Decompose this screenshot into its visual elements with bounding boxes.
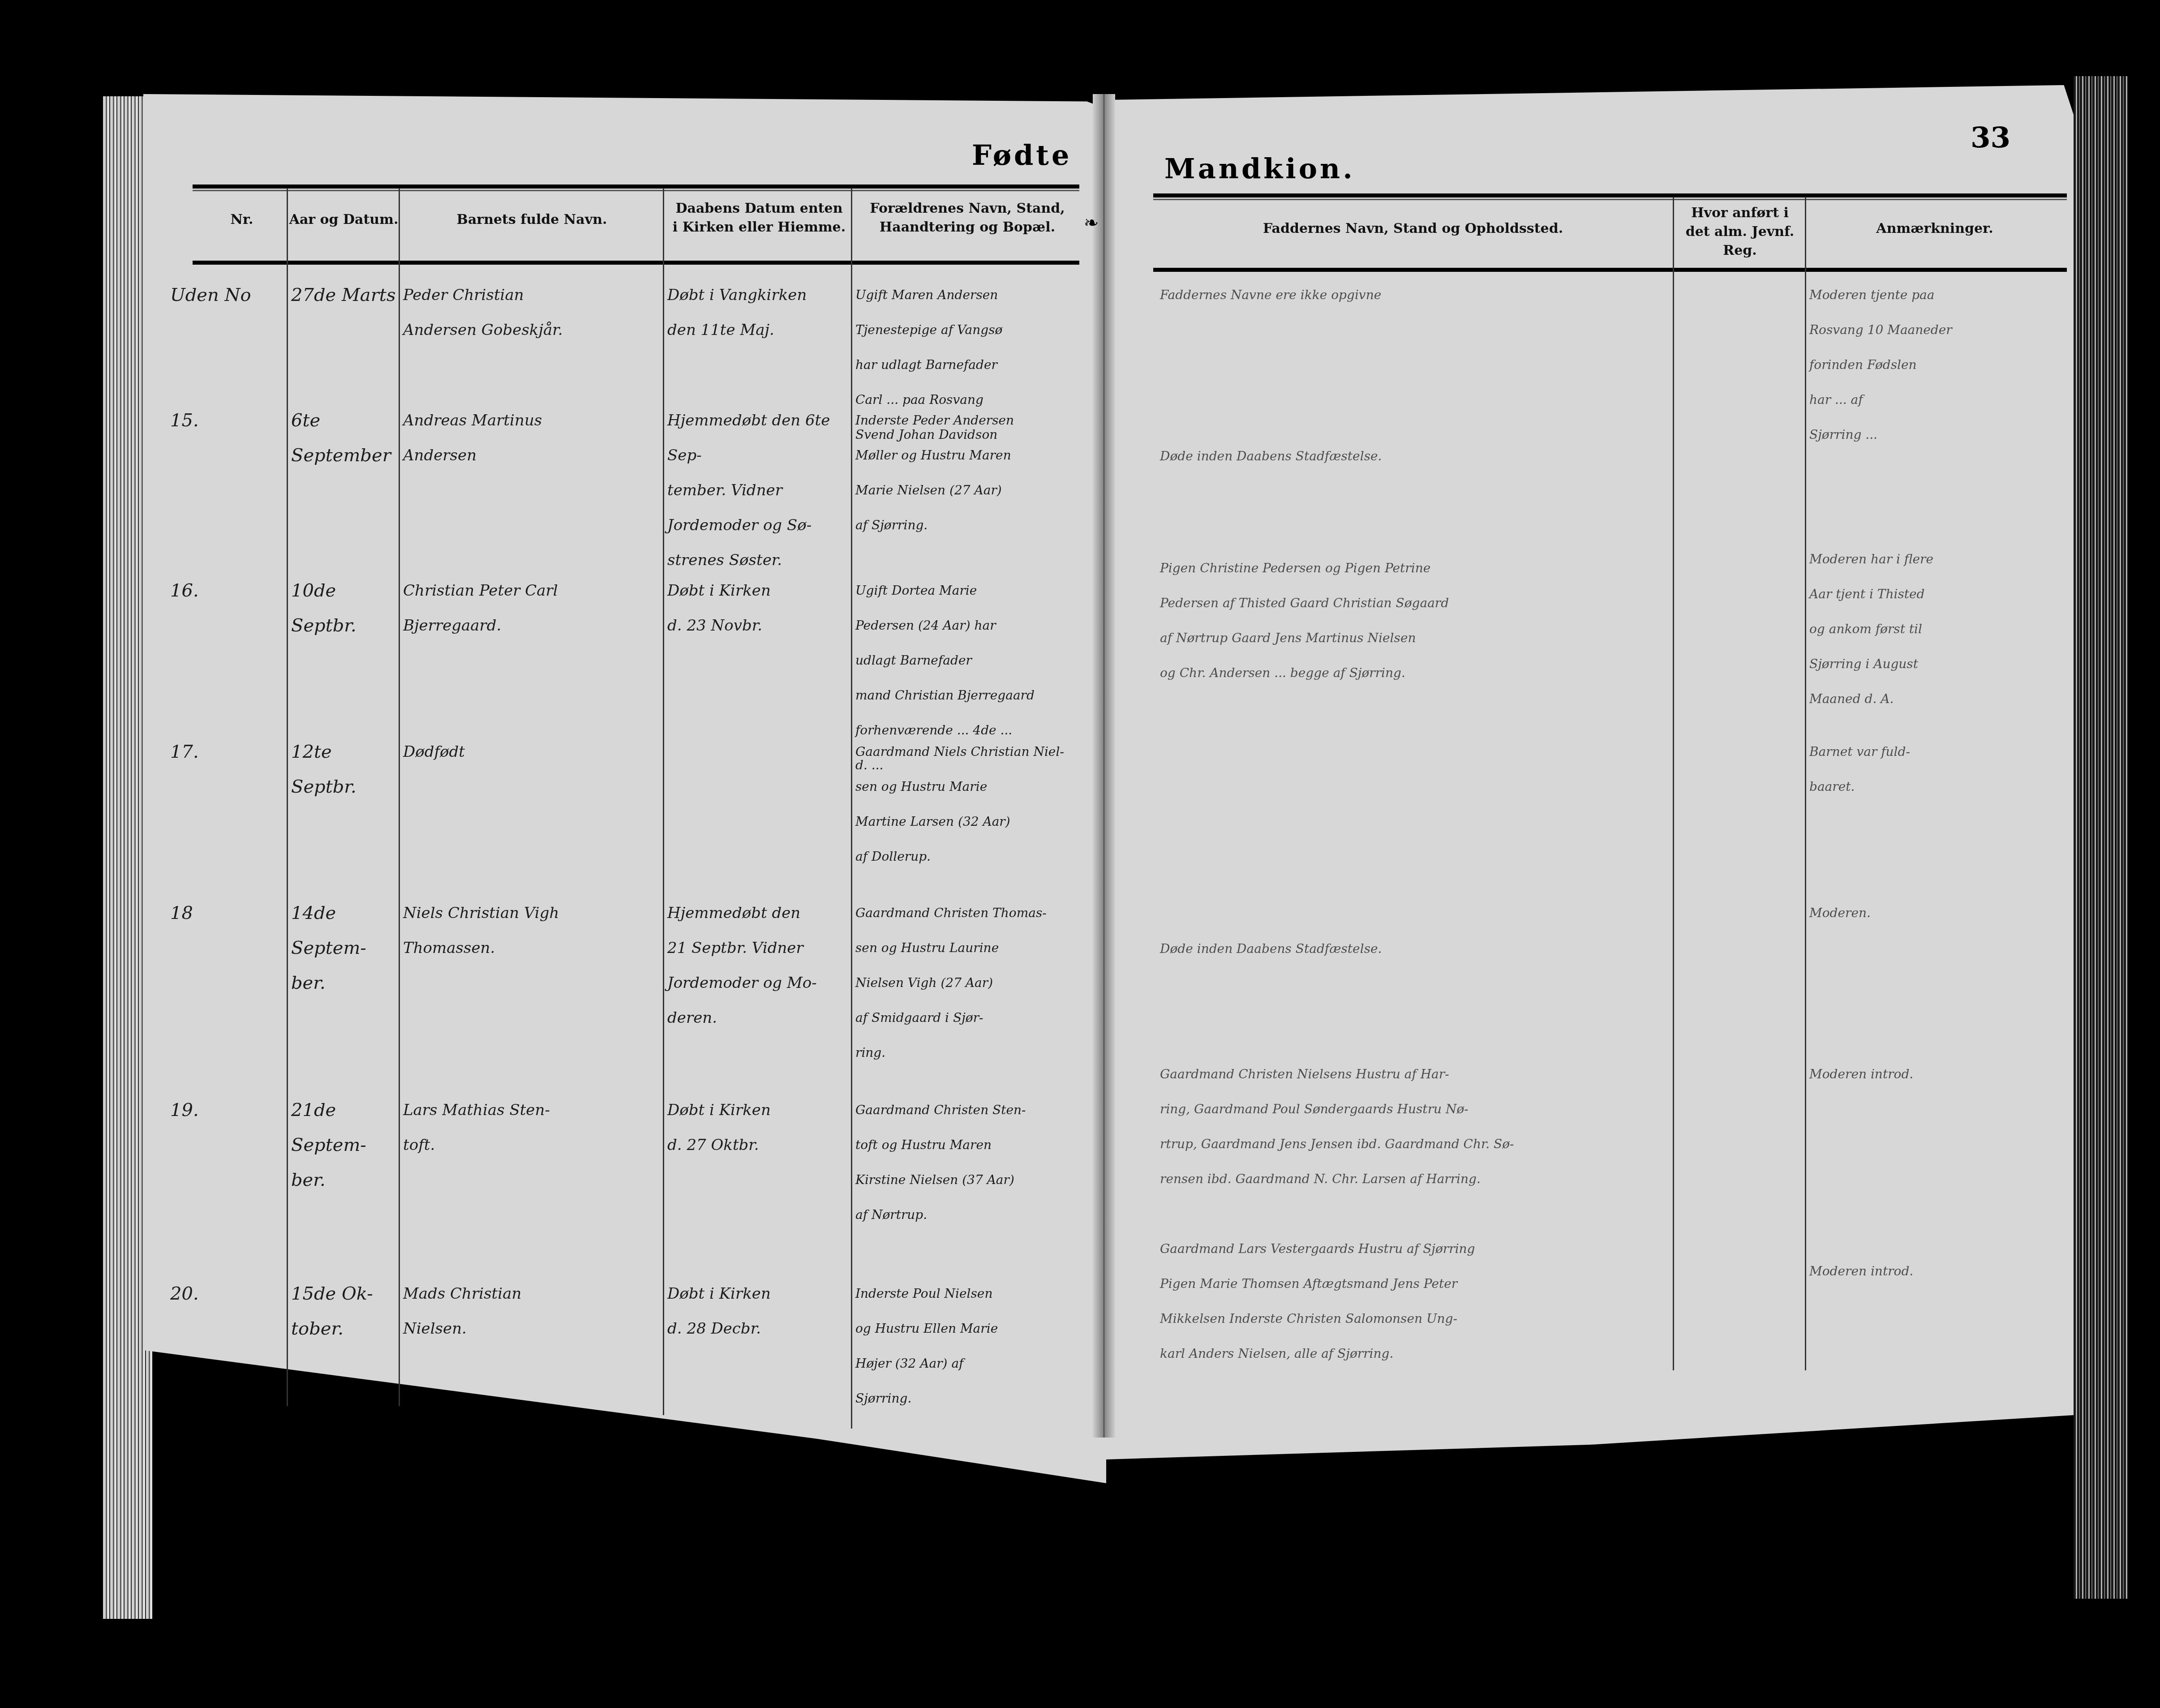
entry-parents: Gaardmand Niels Christian Niel- sen og H… bbox=[855, 734, 1088, 874]
entry-date: 27de Marts bbox=[291, 278, 399, 313]
entry-date: 12te Septbr. bbox=[291, 734, 399, 804]
column-divider bbox=[399, 188, 400, 1406]
entry-godparents: Faddernes Navne ere ikke opgivne bbox=[1160, 278, 1670, 313]
entry-name: Peder Christian Andersen Gobeskjår. bbox=[403, 278, 663, 348]
entry-remarks: Moderen har i flere Aar tjent i Thisted … bbox=[1809, 542, 2069, 717]
column-header-baptism: Daabens Datum enten i Kirken eller Hiemm… bbox=[672, 199, 846, 237]
entry-name: Andreas Martinus Andersen bbox=[403, 403, 663, 473]
entry-name: Christian Peter Carl Bjerregaard. bbox=[403, 573, 663, 643]
column-header-remarks: Anmærkninger. bbox=[1809, 219, 2060, 238]
entry-parents: Inderste Poul Nielsen og Hustru Ellen Ma… bbox=[855, 1276, 1088, 1416]
entry-godparents: Døde inden Daabens Stadfæstelse. bbox=[1160, 439, 1670, 474]
header-rule-top-thin bbox=[193, 190, 1079, 191]
column-header-parents: Forældrenes Navn, Stand, Haandtering og … bbox=[855, 199, 1079, 237]
entry-baptism: Døbt i Kirken d. 23 Novbr. bbox=[667, 573, 851, 643]
column-header-nr: Nr. bbox=[197, 210, 287, 229]
entry-remarks: Moderen. bbox=[1809, 896, 2069, 931]
entry-date: 21de Septem- ber. bbox=[291, 1093, 399, 1197]
header-rule-top-right bbox=[1153, 193, 2067, 197]
entry-parents: Inderste Peder Andersen Møller og Hustru… bbox=[855, 403, 1088, 543]
entry-baptism: Døbt i Kirken d. 28 Decbr. bbox=[667, 1276, 851, 1346]
entry-nr: 18 bbox=[170, 896, 282, 931]
entry-baptism: Døbt i Vangkirken den 11te Maj. bbox=[667, 278, 851, 348]
book-clip-left bbox=[152, 1432, 202, 1569]
entry-remarks: Barnet var fuld- baaret. bbox=[1809, 734, 2069, 804]
book-gutter bbox=[1093, 94, 1115, 1438]
page-number: 33 bbox=[1971, 121, 2010, 154]
entry-godparents: Gaardmand Lars Vestergaards Hustru af Sj… bbox=[1160, 1232, 1670, 1371]
column-divider bbox=[1805, 197, 1806, 1370]
header-rule-top bbox=[193, 185, 1079, 189]
entry-nr: 15. bbox=[170, 403, 282, 438]
entry-nr: 20. bbox=[170, 1276, 282, 1311]
book-clip-right bbox=[2020, 1451, 2051, 1576]
column-divider bbox=[1673, 197, 1674, 1370]
entry-baptism: Hjemmedøbt den 6te Sep- tember. Vidner J… bbox=[667, 403, 851, 578]
column-divider bbox=[287, 188, 288, 1406]
entry-remarks: Moderen introd. bbox=[1809, 1254, 2069, 1289]
column-header-date: Aar og Datum. bbox=[289, 210, 399, 229]
entry-baptism: Døbt i Kirken d. 27 Oktbr. bbox=[667, 1093, 851, 1163]
entry-remarks: Moderen introd. bbox=[1809, 1057, 2069, 1092]
register-title-left: Fødte bbox=[972, 139, 1072, 172]
entry-nr: 19. bbox=[170, 1093, 282, 1128]
entry-date: 14de Septem- ber. bbox=[291, 896, 399, 1000]
column-divider bbox=[851, 188, 852, 1429]
entry-nr: Uden No bbox=[170, 278, 282, 313]
header-rule-top-thin-right bbox=[1153, 199, 2067, 200]
entry-godparents: Døde inden Daabens Stadfæstelse. bbox=[1160, 931, 1670, 966]
entry-godparents: Gaardmand Christen Nielsens Hustru af Ha… bbox=[1160, 1057, 1670, 1197]
column-divider bbox=[663, 188, 664, 1415]
header-rule-bottom bbox=[193, 261, 1079, 265]
entry-parents: Gaardmand Christen Thomas- sen og Hustru… bbox=[855, 896, 1088, 1070]
entry-name: Niels Christian Vigh Thomassen. bbox=[403, 896, 663, 966]
column-header-child-name: Barnets fulde Navn. bbox=[401, 210, 663, 229]
column-header-register-ref: Hvor anført i det alm. Jevnf. Reg. bbox=[1677, 204, 1803, 260]
entry-name: Dødfødt bbox=[403, 734, 663, 769]
register-title-right: Mandkion. bbox=[1164, 152, 1355, 185]
entry-parents: Gaardmand Christen Sten- toft og Hustru … bbox=[855, 1093, 1088, 1232]
column-header-godparents: Faddernes Navn, Stand og Opholdssted. bbox=[1155, 219, 1670, 238]
book-page-edges-right bbox=[2074, 76, 2127, 1599]
entry-godparents: Pigen Christine Pedersen og Pigen Petrin… bbox=[1160, 551, 1670, 691]
header-rule-bottom-right bbox=[1153, 268, 2067, 272]
entry-nr: 16. bbox=[170, 573, 282, 608]
entry-nr: 17. bbox=[170, 734, 282, 769]
entry-remarks: Moderen tjente paa Rosvang 10 Maaneder f… bbox=[1809, 278, 2069, 452]
entry-date: 10de Septbr. bbox=[291, 573, 399, 643]
entry-name: Mads Christian Nielsen. bbox=[403, 1276, 663, 1346]
entry-baptism: Hjemmedøbt den 21 Septbr. Vidner Jordemo… bbox=[667, 896, 851, 1035]
ornament-icon: ❧ bbox=[1084, 213, 1099, 233]
entry-date: 6te September bbox=[291, 403, 399, 473]
entry-name: Lars Mathias Sten- toft. bbox=[403, 1093, 663, 1163]
entry-date: 15de Ok- tober. bbox=[291, 1276, 399, 1346]
